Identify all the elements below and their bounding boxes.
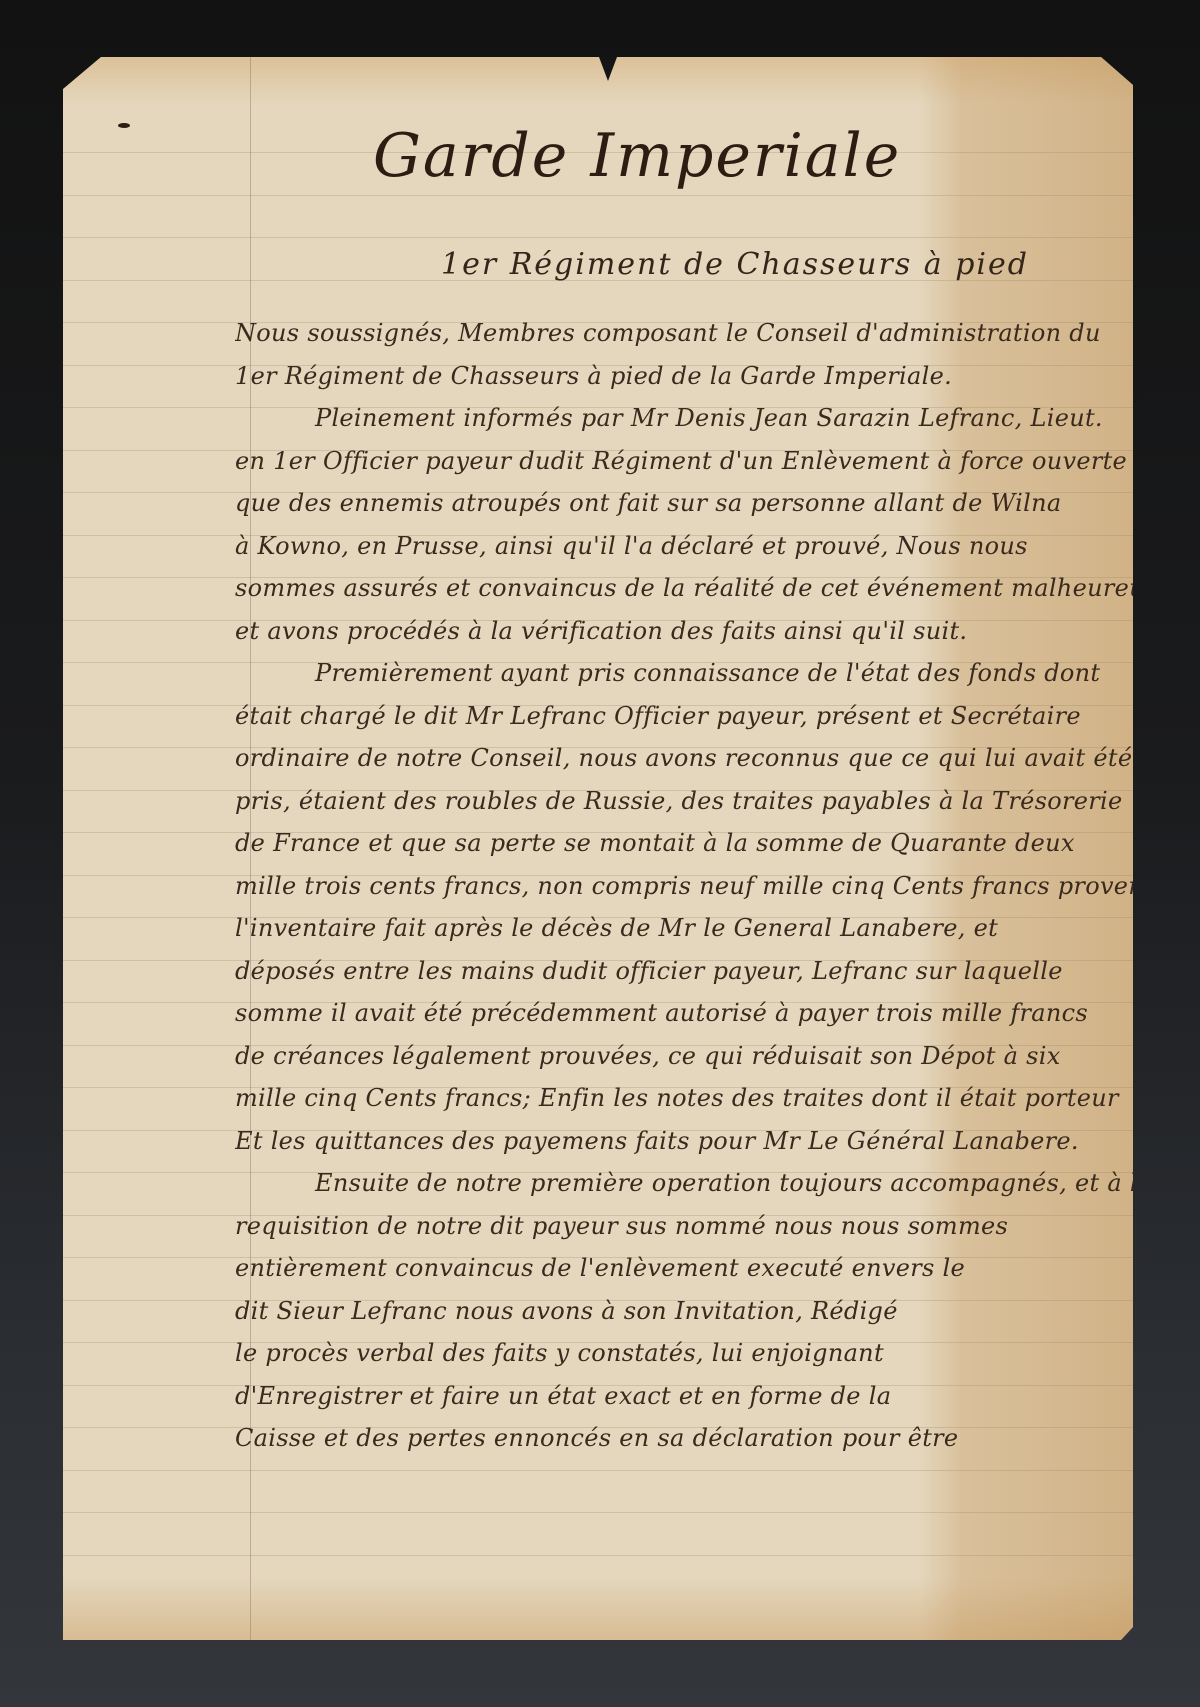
document-title: Garde Imperiale [373,121,901,191]
manuscript-line: somme il avait été précédemment autorisé… [235,992,1135,1035]
manuscript-line: Pleinement informés par Mr Denis Jean Sa… [235,397,1135,440]
ruled-line [63,1470,1133,1471]
manuscript-line: Nous soussignés, Membres composant le Co… [235,312,1135,355]
ink-blot [118,123,130,128]
manuscript-line: mille cinq Cents francs; Enfin les notes… [235,1077,1135,1120]
manuscript-line: 1er Régiment de Chasseurs à pied de la G… [235,355,1135,398]
manuscript-line: Caisse et des pertes ennoncés en sa décl… [235,1417,1135,1460]
manuscript-line: l'inventaire fait après le décès de Mr l… [235,907,1135,950]
manuscript-line: de France et que sa perte se montait à l… [235,822,1135,865]
manuscript-line: entièrement convaincus de l'enlèvement e… [235,1247,1135,1290]
manuscript-line: requisition de notre dit payeur sus nomm… [235,1205,1135,1248]
manuscript-page: Garde Imperiale 1er Régiment de Chasseur… [63,57,1133,1640]
paper-tear [599,57,617,81]
ruled-line [63,1555,1133,1556]
manuscript-line: et avons procédés à la vérification des … [235,610,1135,653]
ruled-line [63,237,1133,238]
manuscript-line: le procès verbal des faits y constatés, … [235,1332,1135,1375]
ruled-line [63,1512,1133,1513]
manuscript-line: Et les quittances des payemens faits pou… [235,1120,1135,1163]
manuscript-line: pris, étaient des roubles de Russie, des… [235,780,1135,823]
ruled-line [63,195,1133,196]
manuscript-line: dit Sieur Lefranc nous avons à son Invit… [235,1290,1135,1333]
manuscript-line: que des ennemis atroupés ont fait sur sa… [235,482,1135,525]
manuscript-line: ordinaire de notre Conseil, nous avons r… [235,737,1135,780]
manuscript-line: en 1er Officier payeur dudit Régiment d'… [235,440,1135,483]
manuscript-line: Ensuite de notre première operation touj… [235,1162,1135,1205]
manuscript-line: Premièrement ayant pris connaissance de … [235,652,1135,695]
manuscript-line: déposés entre les mains dudit officier p… [235,950,1135,993]
manuscript-line: mille trois cents francs, non compris ne… [235,865,1135,908]
manuscript-line: de créances légalement prouvées, ce qui … [235,1035,1135,1078]
manuscript-line: d'Enregistrer et faire un état exact et … [235,1375,1135,1418]
manuscript-line: était chargé le dit Mr Lefranc Officier … [235,695,1135,738]
manuscript-line: sommes assurés et convaincus de la réali… [235,567,1135,610]
manuscript-body: Nous soussignés, Membres composant le Co… [235,312,1135,1460]
document-subtitle: 1er Régiment de Chasseurs à pied [441,247,1029,282]
manuscript-line: à Kowno, en Prusse, ainsi qu'il l'a décl… [235,525,1135,568]
